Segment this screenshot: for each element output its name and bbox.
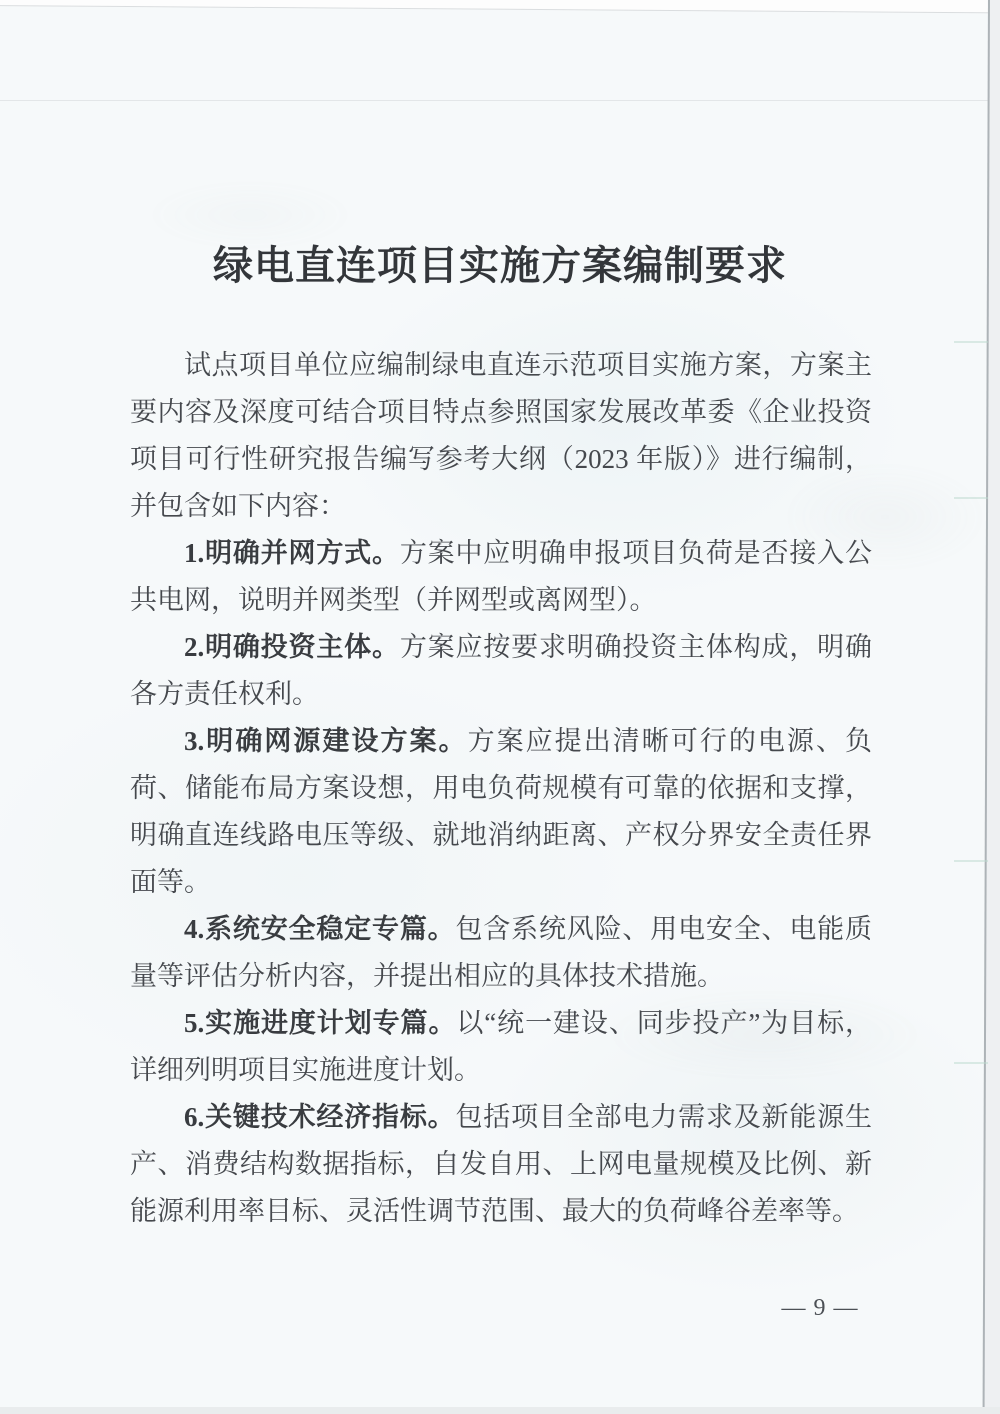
scanned-document-page: 绿电直连项目实施方案编制要求 试点项目单位应编制绿电直连示范项目实施方案，方案主… bbox=[0, 0, 1000, 1414]
item-paragraph: 3.明确网源建设方案。方案应提出清晰可行的电源、负荷、储能布局方案设想，用电负荷… bbox=[130, 718, 872, 906]
scan-bleedthrough-tick bbox=[954, 860, 988, 862]
item-lead: 4.系统安全稳定专篇。 bbox=[184, 914, 455, 944]
scan-top-edge-artifact bbox=[0, 0, 1000, 14]
item-paragraph: 1.明确并网方式。方案中应明确申报项目负荷是否接入公共电网，说明并网类型（并网型… bbox=[130, 530, 872, 624]
item-paragraph: 2.明确投资主体。方案应按要求明确投资主体构成，明确各方责任权利。 bbox=[130, 624, 872, 718]
item-paragraph: 5.实施进度计划专篇。以“统一建设、同步投产”为目标，详细列明项目实施进度计划。 bbox=[130, 1000, 872, 1094]
scan-right-edge-line bbox=[983, 0, 1000, 1414]
scan-bleedthrough-tick bbox=[954, 1062, 988, 1064]
item-paragraph: 6.关键技术经济指标。包括项目全部电力需求及新能源生产、消费结构数据指标，自发自… bbox=[130, 1094, 872, 1235]
item-lead: 1.明确并网方式。 bbox=[184, 538, 400, 568]
item-paragraph: 4.系统安全稳定专篇。包含系统风险、用电安全、电能质量等评估分析内容，并提出相应… bbox=[130, 906, 872, 1000]
scan-horizontal-hairline bbox=[0, 100, 1000, 101]
scan-bleedthrough-tick bbox=[954, 341, 988, 343]
page-number: — 9 — bbox=[770, 1293, 870, 1323]
item-lead: 5.实施进度计划专篇。 bbox=[184, 1008, 456, 1038]
intro-paragraph: 试点项目单位应编制绿电直连示范项目实施方案，方案主要内容及深度可结合项目特点参照… bbox=[130, 342, 872, 530]
document-body: 试点项目单位应编制绿电直连示范项目实施方案，方案主要内容及深度可结合项目特点参照… bbox=[130, 342, 872, 1235]
item-lead: 3.明确网源建设方案。 bbox=[184, 726, 468, 756]
item-lead: 2.明确投资主体。 bbox=[184, 632, 400, 662]
scan-bottom-shadow bbox=[0, 1407, 1000, 1414]
intro-text: 试点项目单位应编制绿电直连示范项目实施方案，方案主要内容及深度可结合项目特点参照… bbox=[130, 350, 872, 521]
page-title: 绿电直连项目实施方案编制要求 bbox=[0, 240, 1000, 292]
item-lead: 6.关键技术经济指标。 bbox=[184, 1102, 455, 1132]
